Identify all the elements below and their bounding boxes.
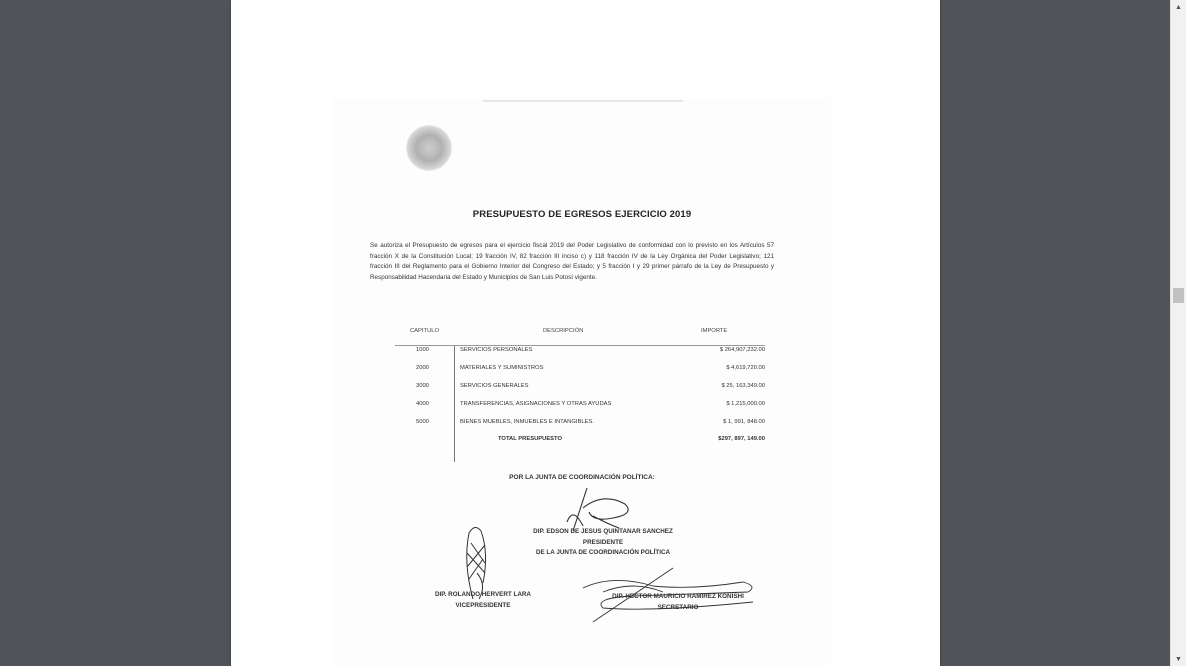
header-capitulo: CAPITULO <box>410 328 439 334</box>
budget-table: CAPITULO DESCRIPCIÓN IMPORTE 1000 SERVIC… <box>395 326 767 346</box>
scroll-down-arrow-icon[interactable]: ▼ <box>1171 652 1186 666</box>
vicepresidente-role: VICEPRESIDENTE <box>418 601 548 612</box>
table-row: 3000 SERVICIOS GENERALES $ 25, 163,349.0… <box>395 383 767 395</box>
presidente-role: PRESIDENTE <box>503 538 703 549</box>
row-descripcion: TRANSFERENCIAS, ASIGNACIONES Y OTRAS AYU… <box>460 401 611 407</box>
document-viewer: PRESUPUESTO DE EGRESOS EJERCICIO 2019 Se… <box>0 0 1171 666</box>
presidente-name: DIP. EDSON DE JESUS QUINTANAR SANCHEZ <box>503 527 703 538</box>
row-capitulo: 5000 <box>416 419 429 425</box>
table-header: CAPITULO DESCRIPCIÓN IMPORTE <box>395 326 767 346</box>
total-label: TOTAL PRESUPUESTO <box>498 436 562 442</box>
row-capitulo: 3000 <box>416 383 429 389</box>
table-row: 5000 BIENES MUEBLES, INMUEBLES E INTANGI… <box>395 419 767 431</box>
table-row: 4000 TRANSFERENCIAS, ASIGNACIONES Y OTRA… <box>395 401 767 413</box>
row-descripcion: SERVICIOS PERSONALES <box>460 347 532 353</box>
scanned-document: PRESUPUESTO DE EGRESOS EJERCICIO 2019 Se… <box>333 98 831 666</box>
scroll-up-arrow-icon[interactable]: ▲ <box>1171 0 1186 14</box>
header-descripcion: DESCRIPCIÓN <box>543 328 583 334</box>
coat-of-arms-seal-icon <box>406 125 452 171</box>
row-capitulo: 2000 <box>416 365 429 371</box>
row-capitulo: 4000 <box>416 401 429 407</box>
row-importe: $ 25, 163,349.00 <box>721 383 765 389</box>
presidente-role-detail: DE LA JUNTA DE COORDINACIÓN POLÍTICA <box>503 548 703 559</box>
authorization-paragraph: Se autoriza el Presupuesto de egresos pa… <box>370 241 774 283</box>
row-importe: $ 264,907,232.00 <box>720 347 765 353</box>
row-descripcion: MATERIALES Y SUMINISTROS <box>460 365 543 371</box>
row-capitulo: 1000 <box>416 347 429 353</box>
document-title: PRESUPUESTO DE EGRESOS EJERCICIO 2019 <box>333 209 831 220</box>
pdf-page: PRESUPUESTO DE EGRESOS EJERCICIO 2019 Se… <box>231 0 940 666</box>
signature-secretario: DIP. HECTOR MAURICIO RAMIREZ KONISHI SEC… <box>593 592 763 613</box>
vertical-scrollbar[interactable]: ▲ ▼ <box>1170 0 1186 666</box>
row-descripcion: SERVICIOS GENERALES <box>460 383 529 389</box>
scrollbar-thumb[interactable] <box>1173 288 1184 303</box>
header-importe: IMPORTE <box>701 328 727 334</box>
total-importe: $297, 897, 149.00 <box>718 436 765 442</box>
header-divider <box>395 345 765 346</box>
signature-presidente: DIP. EDSON DE JESUS QUINTANAR SANCHEZ PR… <box>503 527 703 559</box>
signatures-heading: POR LA JUNTA DE COORDINACIÓN POLÍTICA: <box>333 474 831 481</box>
table-row: 1000 SERVICIOS PERSONALES $ 264,907,232.… <box>395 347 767 359</box>
faint-scan-mark <box>483 100 683 102</box>
row-descripcion: BIENES MUEBLES, INMUEBLES E INTANGIBLES. <box>460 419 594 425</box>
signature-vicepresidente: DIP. ROLANDO HERVERT LARA VICEPRESIDENTE <box>418 590 548 611</box>
row-importe: $ 1, 991, 848.00 <box>723 419 765 425</box>
total-row: TOTAL PRESUPUESTO $297, 897, 149.00 <box>395 436 767 448</box>
row-importe: $ 1,215,000.00 <box>726 401 765 407</box>
vicepresidente-name: DIP. ROLANDO HERVERT LARA <box>418 590 548 601</box>
table-row: 2000 MATERIALES Y SUMINISTROS $ 4,619,72… <box>395 365 767 377</box>
secretario-name: DIP. HECTOR MAURICIO RAMIREZ KONISHI <box>593 592 763 603</box>
row-importe: $ 4,619,720.00 <box>726 365 765 371</box>
secretario-role: SECRETARIO <box>593 603 763 614</box>
